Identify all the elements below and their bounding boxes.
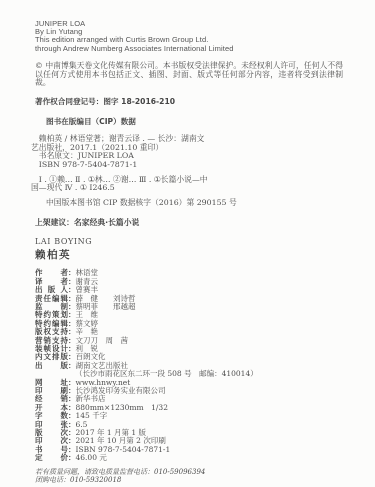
- cip-block: 图书在版编目（CIP）数据 赖柏英 / 林语堂著；谢青云译 . — 长沙：湖南文…: [31, 116, 343, 207]
- cip-class-line: 国—现代 Ⅳ . ① I246.5: [31, 184, 343, 193]
- colophon-row-price: 定价：46.00 元: [35, 454, 343, 462]
- cip-record-number: 中国版本图书馆 CIP 数据核字（2016）第 290155 号: [31, 199, 343, 208]
- english-rights-header: JUNIPER LOA By Lin Yutang This edition a…: [35, 20, 343, 53]
- registration-line: 著作权合同登记号：图字 18-2016-210: [35, 96, 343, 107]
- page-content: JUNIPER LOA By Lin Yutang This edition a…: [35, 20, 343, 485]
- cip-description: 赖柏英 / 林语堂著；谢青云译 . — 长沙：湖南文 艺出版社，2017.1（2…: [31, 135, 343, 207]
- colophon-page: JUNIPER LOA By Lin Yutang This edition a…: [0, 0, 375, 487]
- book-title-pinyin: LAI BOYING: [35, 237, 343, 246]
- row-value: 46.00 元: [76, 453, 107, 462]
- cip-title: 图书在版编目（CIP）数据: [31, 116, 343, 127]
- book-title-chinese: 赖柏英: [35, 247, 343, 262]
- row-label: 出版: [35, 362, 68, 370]
- group-purchase-note: 团购电话：010-59320018: [35, 476, 343, 485]
- copyright-notice: © 中南博集天卷文化传媒有限公司。本书版权受法律保护。未经权利人许可，任何人不得…: [35, 62, 343, 88]
- rights-line-2: through Andrew Numberg Associates Intern…: [35, 45, 343, 53]
- cip-desc-line: ISBN 978-7-5404-7871-1: [31, 161, 343, 170]
- quality-hotline-note: 若有质量问题，请致电质量监督电话：010-59096394: [35, 468, 343, 477]
- row-colon: ：: [68, 453, 76, 462]
- row-label: 定价: [35, 454, 68, 462]
- colophon-rows: 作者：林语堂 译者：谢青云 出版人：曾赛丰 责任编辑：薛 健 刘诗哲 监制：蔡明…: [35, 269, 343, 462]
- quality-footer: 若有质量问题，请致电质量监督电话：010-59096394 团购电话：010-5…: [35, 468, 343, 485]
- shelving-advice: 上架建议：名家经典·长篇小说: [35, 217, 343, 228]
